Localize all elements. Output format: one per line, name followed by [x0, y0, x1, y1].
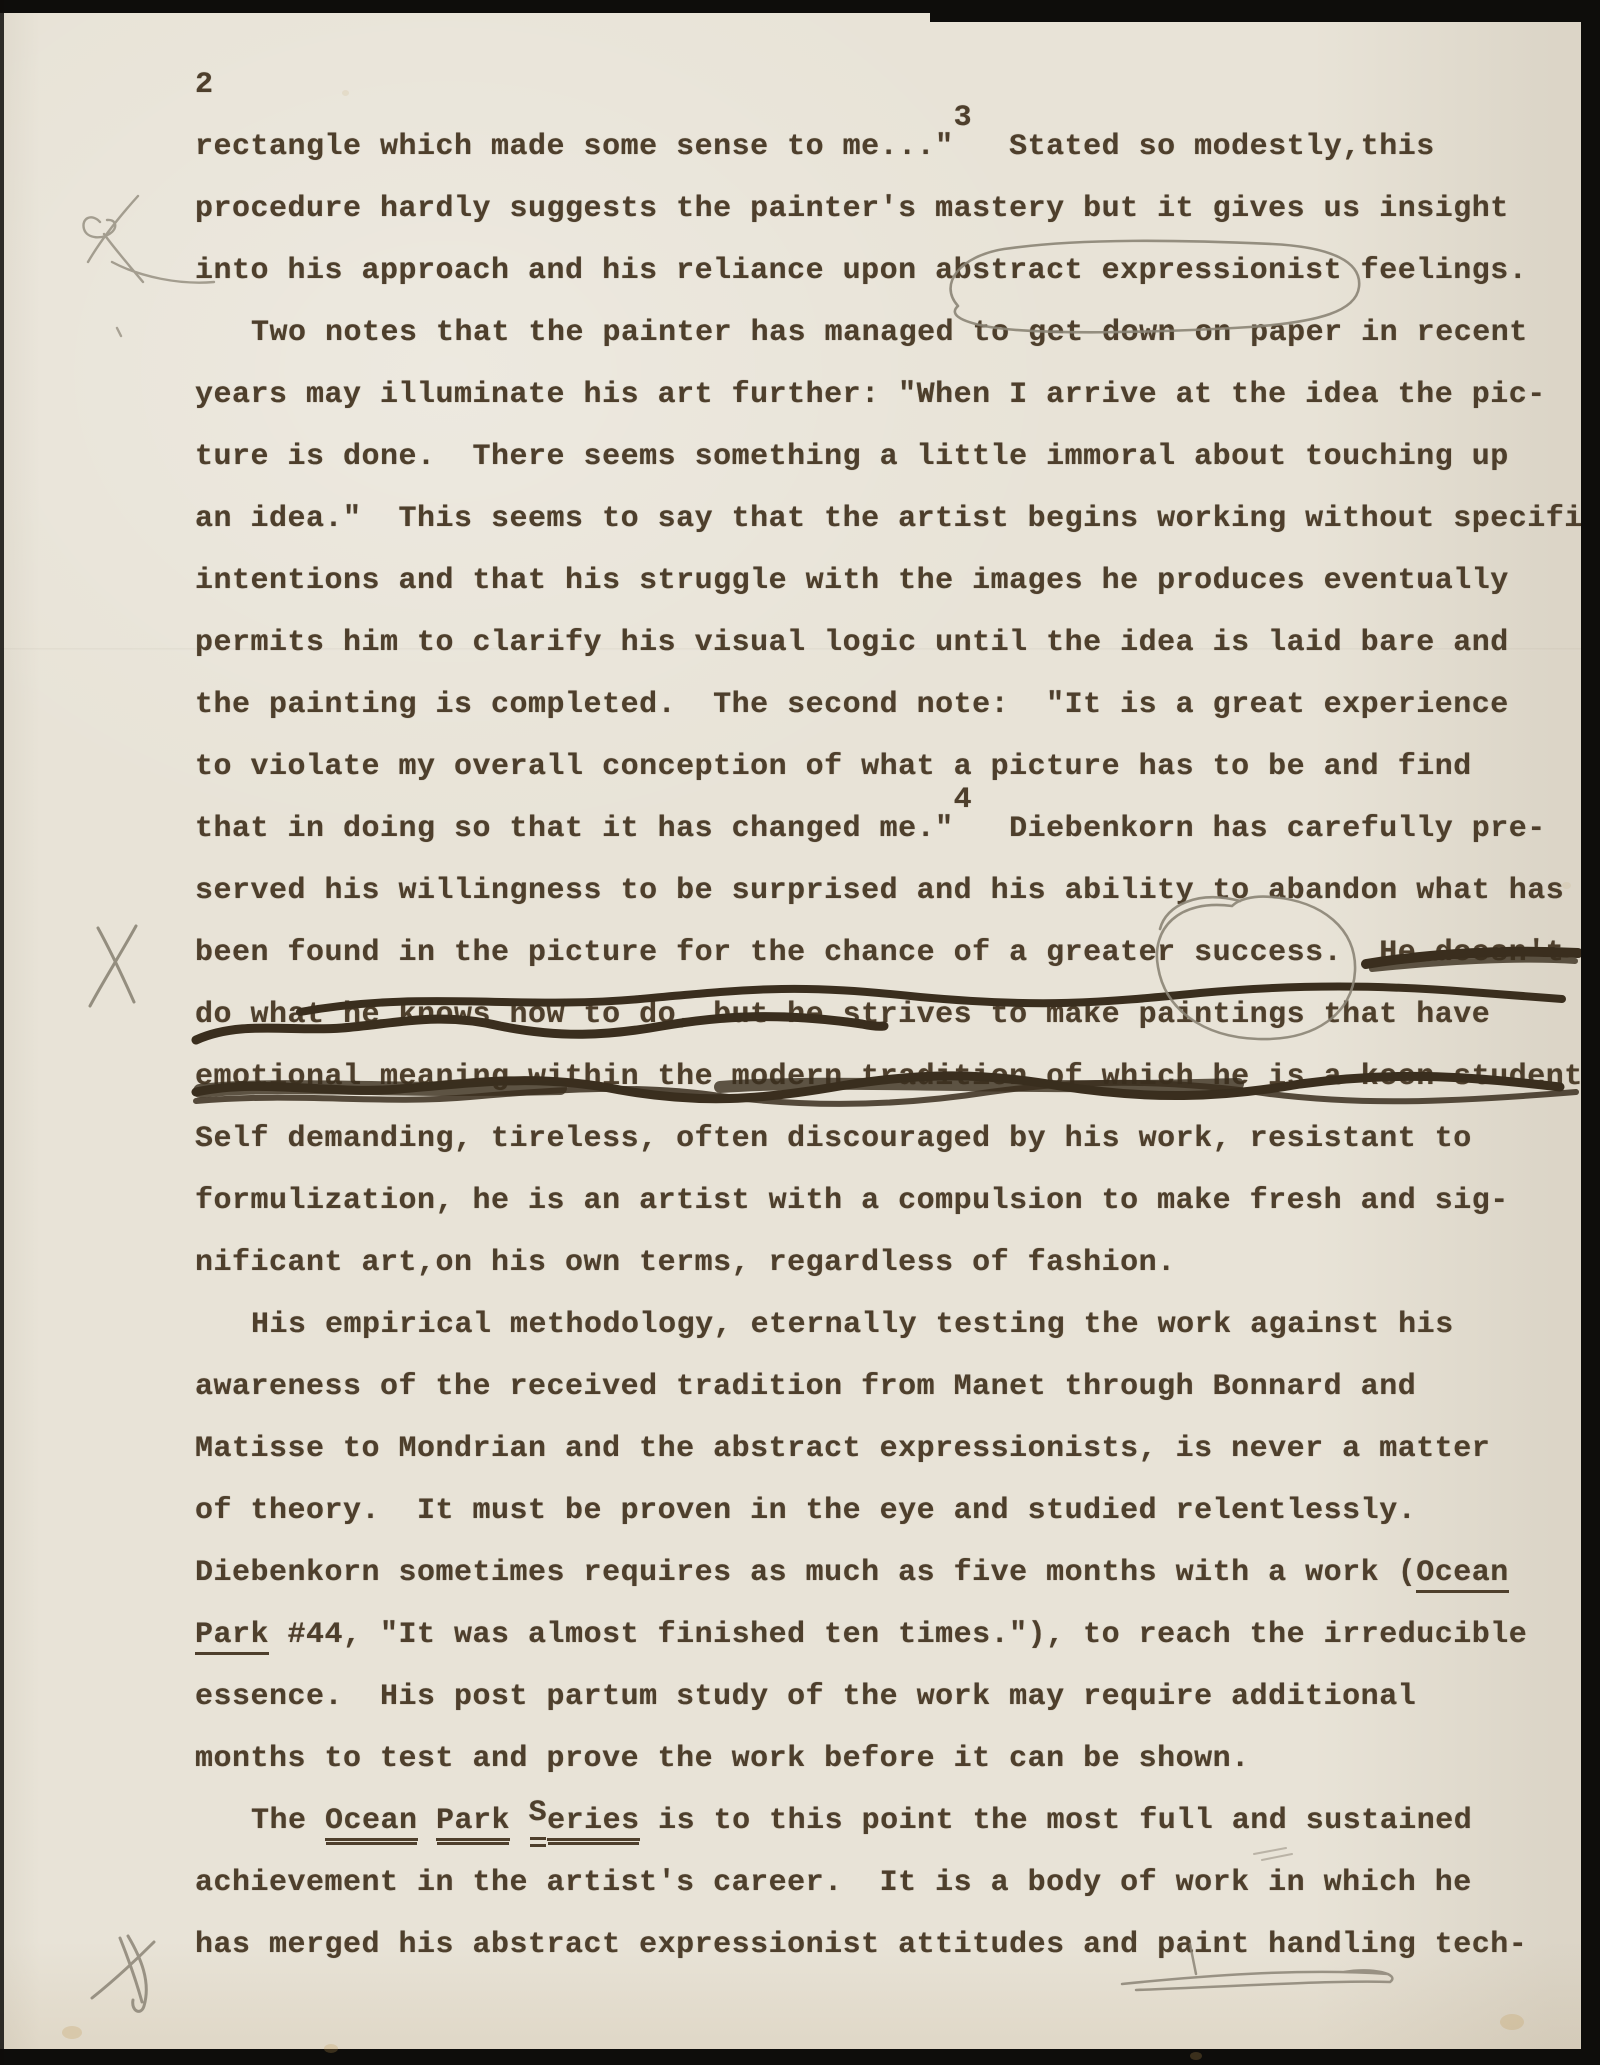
typed-line: rectangle which made some sense to me...…: [195, 130, 1435, 164]
typed-segment: served his willingness to be surprised a…: [195, 874, 1564, 908]
typed-line: that in doing so that it has changed me.…: [195, 812, 1546, 846]
typed-segment: an idea." This seems to say that the art…: [195, 502, 1600, 536]
typed-line: Park #44, "It was almost finished ten ti…: [195, 1618, 1527, 1652]
typed-segment-u2-raised: S: [529, 1796, 548, 1830]
typed-line: Diebenkorn sometimes requires as much as…: [195, 1556, 1509, 1590]
typed-line: months to test and prove the work before…: [195, 1742, 1250, 1776]
typed-line: into his approach and his reliance upon …: [195, 254, 1527, 288]
page-number: 2: [195, 68, 214, 102]
typed-line: emotional meaning within the modern trad…: [195, 1060, 1600, 1094]
typed-line: intentions and that his struggle with th…: [195, 564, 1509, 598]
typed-segment: #44, "It was almost finished ten times."…: [269, 1618, 1527, 1652]
typed-line: years may illuminate his art further: "W…: [195, 378, 1546, 412]
pencil-dash-marks: [1254, 1848, 1292, 1860]
typed-segment-u2: Park: [436, 1804, 510, 1841]
typed-segment-sup: 3: [954, 101, 973, 135]
typed-segment: has merged his abstract expressionist at…: [195, 1928, 1527, 1962]
typed-segment: the painting is completed. The second no…: [195, 688, 1509, 722]
typed-line: ture is done. There seems something a li…: [195, 440, 1509, 474]
typed-segment-u: Park: [195, 1618, 269, 1655]
typed-page: 2 rectangle which made some sense to me.…: [0, 0, 1600, 2065]
typed-segment: permits him to clarify his visual logic …: [195, 626, 1509, 660]
typed-segment: emotional meaning within the modern trad…: [195, 1060, 1600, 1094]
typed-line: served his willingness to be surprised a…: [195, 874, 1564, 908]
typed-segment: of theory. It must be proven in the eye …: [195, 1494, 1416, 1528]
typed-segment: essence. His post partum study of the wo…: [195, 1680, 1416, 1714]
typed-segment: is to this point the most full and susta…: [640, 1804, 1473, 1838]
paper-stain: [324, 2044, 338, 2053]
paper-stain: [1190, 2052, 1202, 2060]
typed-segment-u: Ocean: [1416, 1556, 1509, 1593]
typed-segment: ture is done. There seems something a li…: [195, 440, 1509, 474]
typed-line: essence. His post partum study of the wo…: [195, 1680, 1416, 1714]
typed-segment: been found in the picture for the chance…: [195, 936, 1564, 970]
typed-line: procedure hardly suggests the painter's …: [195, 192, 1509, 226]
typed-segment-u2: eries: [547, 1804, 640, 1841]
typed-segment-sup: 4: [954, 783, 973, 817]
typed-segment: into his approach and his reliance upon …: [195, 254, 1527, 288]
typed-segment: His empirical methodology, eternally tes…: [251, 1308, 1454, 1342]
typed-segment: Self demanding, tireless, often discoura…: [195, 1122, 1472, 1156]
typed-line: to violate my overall conception of what…: [195, 750, 1472, 784]
typed-line: an idea." This seems to say that the art…: [195, 502, 1600, 536]
typed-segment: Diebenkorn sometimes requires as much as…: [195, 1556, 1416, 1590]
typed-line: of theory. It must be proven in the eye …: [195, 1494, 1416, 1528]
typed-segment: formulization, he is an artist with a co…: [195, 1184, 1509, 1218]
pencil-x-mark-middle: [90, 926, 136, 1006]
paper-stain: [1500, 2014, 1524, 2030]
paper-stain: [62, 2026, 82, 2039]
typed-line: Matisse to Mondrian and the abstract exp…: [195, 1432, 1490, 1466]
typed-line: The Ocean Park Series is to this point t…: [251, 1804, 1472, 1838]
typed-segment: achievement in the artist's career. It i…: [195, 1866, 1472, 1900]
typed-line: Two notes that the painter has managed t…: [251, 316, 1528, 350]
typed-segment: do what he knows how to do, but he striv…: [195, 998, 1490, 1032]
typed-segment: Diebenkorn has carefully pre-: [972, 812, 1546, 846]
typed-line: permits him to clarify his visual logic …: [195, 626, 1509, 660]
scan-edge-top-right: [930, 0, 1600, 22]
typed-segment: [418, 1804, 437, 1838]
typed-segment: procedure hardly suggests the painter's …: [195, 192, 1509, 226]
typed-segment: years may illuminate his art further: "W…: [195, 378, 1546, 412]
pencil-x-mark-bottom: [92, 1936, 154, 2011]
paper-stain: [1562, 882, 1571, 889]
typed-segment: months to test and prove the work before…: [195, 1742, 1250, 1776]
typed-line: Self demanding, tireless, often discoura…: [195, 1122, 1472, 1156]
typed-line: His empirical methodology, eternally tes…: [251, 1308, 1454, 1342]
typed-segment: to violate my overall conception of what…: [195, 750, 1472, 784]
typed-segment: that in doing so that it has changed me.…: [195, 812, 954, 846]
scan-edge-right: [1581, 0, 1600, 2065]
typed-segment: awareness of the received tradition from…: [195, 1370, 1416, 1404]
typed-segment: The: [251, 1804, 325, 1838]
typed-segment: Stated so modestly,this: [972, 130, 1435, 164]
typed-line: formulization, he is an artist with a co…: [195, 1184, 1509, 1218]
typed-segment: rectangle which made some sense to me...…: [195, 130, 954, 164]
typed-segment: Matisse to Mondrian and the abstract exp…: [195, 1432, 1490, 1466]
typed-segment: [510, 1804, 529, 1838]
scan-edge-left: [0, 0, 4, 2065]
scan-edge-bottom: [0, 2049, 1600, 2065]
typed-line: been found in the picture for the chance…: [195, 936, 1564, 970]
typed-segment: intentions and that his struggle with th…: [195, 564, 1509, 598]
typed-line: do what he knows how to do, but he striv…: [195, 998, 1490, 1032]
typed-segment-u2: Ocean: [325, 1804, 418, 1841]
paper-stain: [342, 90, 349, 96]
typed-line: awareness of the received tradition from…: [195, 1370, 1416, 1404]
typed-segment: Two notes that the painter has managed t…: [251, 316, 1528, 350]
typed-line: nificant art,on his own terms, regardles…: [195, 1246, 1176, 1280]
pencil-dot: [117, 328, 121, 336]
typed-line: has merged his abstract expressionist at…: [195, 1928, 1527, 1962]
typed-line: the painting is completed. The second no…: [195, 688, 1509, 722]
typed-segment: nificant art,on his own terms, regardles…: [195, 1246, 1176, 1280]
typed-line: achievement in the artist's career. It i…: [195, 1866, 1472, 1900]
